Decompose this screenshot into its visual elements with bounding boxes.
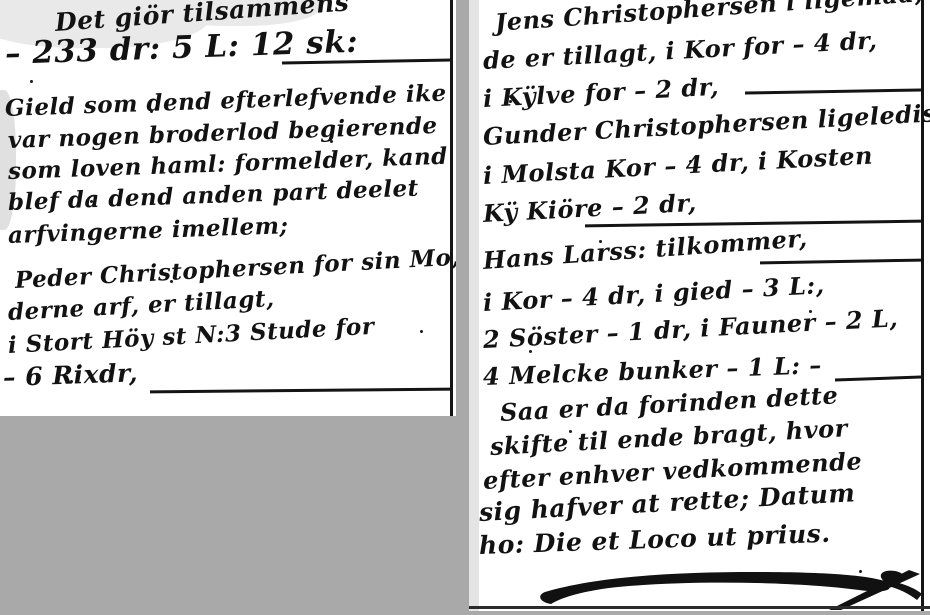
document-scan: Det giör tilsammens – 233 dr: 5 L: 12 sk…: [0, 0, 930, 615]
page-border-line: [921, 0, 924, 611]
manuscript-line: ho: Die et Loco ut prius.: [478, 519, 830, 560]
manuscript-line: arfvingerne imellem;: [8, 212, 289, 249]
ink-rule: [745, 88, 921, 94]
manuscript-line: i Kÿlve for – 2 dr,: [482, 72, 719, 113]
ink-rule: [150, 388, 452, 394]
manuscript-line: Hans Larss: tilkommer,: [482, 223, 808, 275]
scan-noise: [509, 100, 512, 103]
manuscript-line: i Molsta Kor – 4 dr, i Kosten: [482, 141, 873, 190]
signature-flourish: [529, 560, 924, 610]
scan-noise: [30, 80, 33, 83]
manuscript-line: Kÿ Kiöre – 2 dr,: [482, 188, 697, 228]
ink-rule: [760, 259, 921, 265]
page-border-line: [450, 0, 453, 416]
left-page: Det giör tilsammens – 233 dr: 5 L: 12 sk…: [0, 0, 456, 416]
right-page: Jens Christophersen i ligemaa, de er til…: [469, 0, 930, 611]
ink-rule: [835, 376, 921, 382]
paper-shadow: [469, 0, 479, 611]
manuscript-line: – 6 Rixdr,: [2, 358, 138, 392]
page-bottom-edge: [469, 606, 930, 609]
